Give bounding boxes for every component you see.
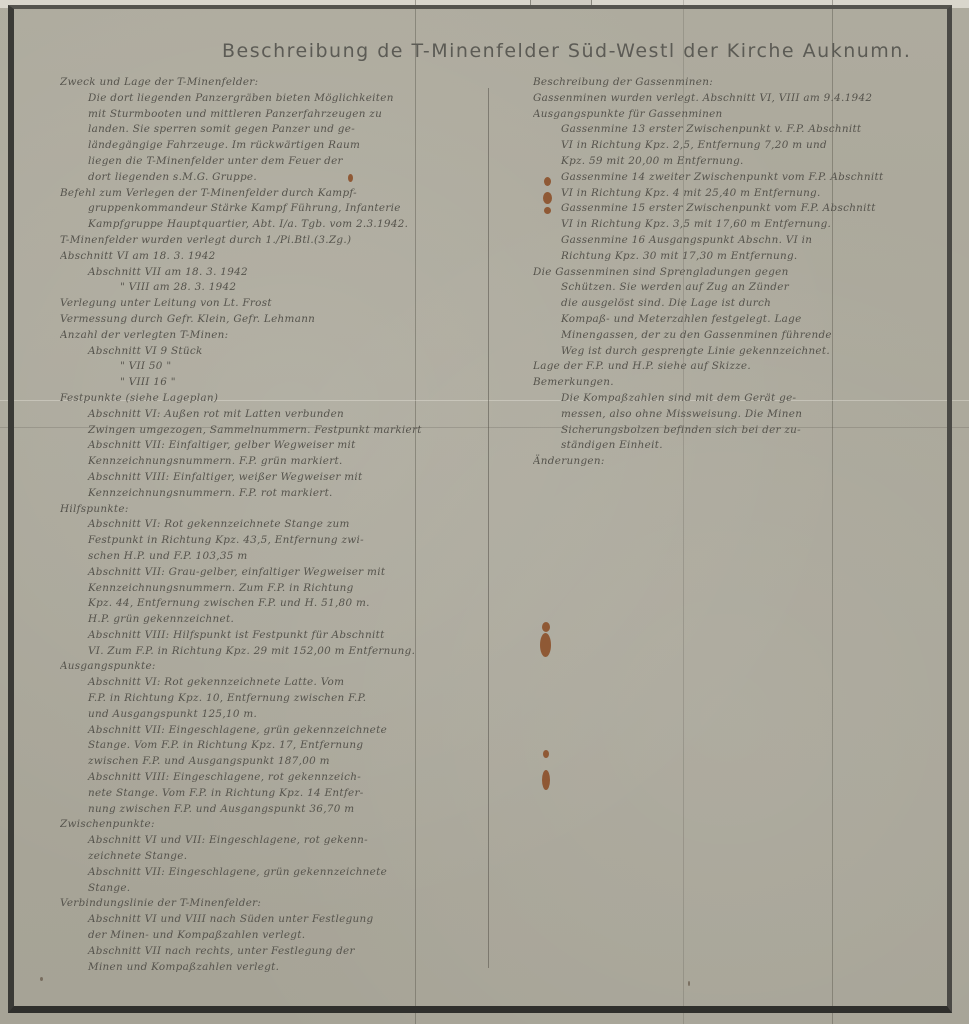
text-line: ständigen Einheit. bbox=[533, 438, 943, 454]
text-line: der Minen- und Kompaßzahlen verlegt. bbox=[60, 928, 480, 944]
text-line: VI in Richtung Kpz. 3,5 mit 17,60 m Entf… bbox=[533, 217, 943, 233]
text-line: Abschnitt VI: Rot gekennzeichnete Latte.… bbox=[60, 675, 480, 691]
text-line: H.P. grün gekennzeichnet. bbox=[60, 612, 480, 628]
text-line: Minen und Kompaßzahlen verlegt. bbox=[60, 960, 480, 976]
paper-speck bbox=[40, 977, 43, 981]
text-line: Schützen. Sie werden auf Zug an Zünder bbox=[533, 280, 943, 296]
text-line: Lage der F.P. und H.P. siehe auf Skizze. bbox=[533, 359, 943, 375]
text-line: Abschnitt VI 9 Stück bbox=[60, 344, 480, 360]
text-line: gruppenkommandeur Stärke Kampf Führung, … bbox=[60, 201, 480, 217]
rust-stain bbox=[544, 177, 551, 186]
text-line: Abschnitt VII nach rechts, unter Festleg… bbox=[60, 944, 480, 960]
text-line: Hilfspunkte: bbox=[60, 502, 480, 518]
text-line: Beschreibung der Gassenminen: bbox=[533, 75, 943, 91]
text-line: Abschnitt VII: Eingeschlagene, grün geke… bbox=[60, 865, 480, 881]
text-line: Zwingen umgezogen, Sammelnummern. Festpu… bbox=[60, 423, 480, 439]
rust-stain bbox=[348, 174, 353, 182]
text-line: zwischen F.P. und Ausgangspunkt 187,00 m bbox=[60, 754, 480, 770]
text-line: ländegängige Fahrzeuge. Im rückwärtigen … bbox=[60, 138, 480, 154]
text-line: Befehl zum Verlegen der T-Minenfelder du… bbox=[60, 186, 480, 202]
text-line: nung zwischen F.P. und Ausgangspunkt 36,… bbox=[60, 802, 480, 818]
text-line: Ausgangspunkte für Gassenminen bbox=[533, 107, 943, 123]
text-line: Kennzeichnungsnummern. F.P. grün markier… bbox=[60, 454, 480, 470]
text-line: messen, also ohne Missweisung. Die Minen bbox=[533, 407, 943, 423]
text-line: Vermessung durch Gefr. Klein, Gefr. Lehm… bbox=[60, 312, 480, 328]
text-line: Kennzeichnungsnummern. Zum F.P. in Richt… bbox=[60, 581, 480, 597]
text-line: Zweck und Lage der T-Minenfelder: bbox=[60, 75, 480, 91]
text-line: Kennzeichnungsnummern. F.P. rot markiert… bbox=[60, 486, 480, 502]
text-line: schen H.P. und F.P. 103,35 m bbox=[60, 549, 480, 565]
text-line: Abschnitt VII: Einfaltiger, gelber Wegwe… bbox=[60, 438, 480, 454]
text-line: Richtung Kpz. 30 mit 17,30 m Entfernung. bbox=[533, 249, 943, 265]
text-line: Gassenmine 16 Ausgangspunkt Abschn. VI i… bbox=[533, 233, 943, 249]
text-line: Gassenminen wurden verlegt. Abschnitt VI… bbox=[533, 91, 943, 107]
text-line: zeichnete Stange. bbox=[60, 849, 480, 865]
text-line: Stange. Vom F.P. in Richtung Kpz. 17, En… bbox=[60, 738, 480, 754]
text-line: Änderungen: bbox=[533, 454, 943, 470]
text-line: Abschnitt VIII: Einfaltiger, weißer Wegw… bbox=[60, 470, 480, 486]
text-line: F.P. in Richtung Kpz. 10, Entfernung zwi… bbox=[60, 691, 480, 707]
text-line: Kpz. 59 mit 20,00 m Entfernung. bbox=[533, 154, 943, 170]
text-line: Abschnitt VI: Rot gekennzeichnete Stange… bbox=[60, 517, 480, 533]
text-line: Die Gassenminen sind Sprengladungen gege… bbox=[533, 265, 943, 281]
rust-stain bbox=[542, 622, 550, 632]
text-line: mit Sturmbooten und mittleren Panzerfahr… bbox=[60, 107, 480, 123]
rust-stain bbox=[543, 192, 552, 204]
text-line: nete Stange. Vom F.P. in Richtung Kpz. 1… bbox=[60, 786, 480, 802]
text-line: Verbindungslinie der T-Minenfelder: bbox=[60, 896, 480, 912]
text-line: Kompaß- und Meterzahlen festgelegt. Lage bbox=[533, 312, 943, 328]
text-line: Weg ist durch gesprengte Linie gekennzei… bbox=[533, 344, 943, 360]
text-line: Gassenmine 15 erster Zwischenpunkt vom F… bbox=[533, 201, 943, 217]
document-title: Beschreibung de T-Minenfelder Süd-Westl … bbox=[222, 40, 922, 62]
text-line: Anzahl der verlegten T-Minen: bbox=[60, 328, 480, 344]
text-line: Abschnitt VI und VII: Eingeschlagene, ro… bbox=[60, 833, 480, 849]
text-line: Abschnitt VII: Grau-gelber, einfaltiger … bbox=[60, 565, 480, 581]
text-line: und Ausgangspunkt 125,10 m. bbox=[60, 707, 480, 723]
text-line: Zwischenpunkte: bbox=[60, 817, 480, 833]
text-line: Abschnitt VII: Eingeschlagene, grün geke… bbox=[60, 723, 480, 739]
text-line: " VIII 16 " bbox=[60, 375, 480, 391]
text-line: Abschnitt VIII: Eingeschlagene, rot geke… bbox=[60, 770, 480, 786]
text-line: " VII 50 " bbox=[60, 359, 480, 375]
right-column-text: Beschreibung der Gassenminen:Gassenminen… bbox=[533, 75, 943, 470]
text-line: Kampfgruppe Hauptquartier, Abt. I/a. Tgb… bbox=[60, 217, 480, 233]
text-line: Die dort liegenden Panzergräben bieten M… bbox=[60, 91, 480, 107]
text-line: liegen die T-Minenfelder unter dem Feuer… bbox=[60, 154, 480, 170]
text-line: Abschnitt VIII: Hilfspunkt ist Festpunkt… bbox=[60, 628, 480, 644]
text-line: Bemerkungen. bbox=[533, 375, 943, 391]
text-line: Stange. bbox=[60, 881, 480, 897]
rust-stain bbox=[543, 750, 549, 758]
text-line: landen. Sie sperren somit gegen Panzer u… bbox=[60, 122, 480, 138]
text-line: Kpz. 44, Entfernung zwischen F.P. und H.… bbox=[60, 596, 480, 612]
text-line: die ausgelöst sind. Die Lage ist durch bbox=[533, 296, 943, 312]
text-line: VI in Richtung Kpz. 2,5, Entfernung 7,20… bbox=[533, 138, 943, 154]
text-line: T-Minenfelder wurden verlegt durch 1./Pi… bbox=[60, 233, 480, 249]
rust-stain bbox=[542, 770, 550, 790]
text-line: Abschnitt VI und VIII nach Süden unter F… bbox=[60, 912, 480, 928]
text-line: VI in Richtung Kpz. 4 mit 25,40 m Entfer… bbox=[533, 186, 943, 202]
text-line: Minengassen, der zu den Gassenminen führ… bbox=[533, 328, 943, 344]
text-line: Abschnitt VI: Außen rot mit Latten verbu… bbox=[60, 407, 480, 423]
text-line: Festpunkt in Richtung Kpz. 43,5, Entfern… bbox=[60, 533, 480, 549]
text-line: dort liegenden s.M.G. Gruppe. bbox=[60, 170, 480, 186]
paper-speck bbox=[688, 981, 690, 986]
text-line: Festpunkte (siehe Lageplan) bbox=[60, 391, 480, 407]
rust-stain bbox=[544, 207, 551, 214]
left-column-text: Zweck und Lage der T-Minenfelder:Die dor… bbox=[60, 75, 480, 975]
text-line: Abschnitt VII am 18. 3. 1942 bbox=[60, 265, 480, 281]
text-line: Die Kompaßzahlen sind mit dem Gerät ge- bbox=[533, 391, 943, 407]
text-line: VI. Zum F.P. in Richtung Kpz. 29 mit 152… bbox=[60, 644, 480, 660]
text-line: Sicherungsbolzen befinden sich bei der z… bbox=[533, 423, 943, 439]
rust-stain bbox=[540, 633, 551, 657]
text-line: Gassenmine 14 zweiter Zwischenpunkt vom … bbox=[533, 170, 943, 186]
text-line: " VIII am 28. 3. 1942 bbox=[60, 280, 480, 296]
text-line: Gassenmine 13 erster Zwischenpunkt v. F.… bbox=[533, 122, 943, 138]
text-line: Abschnitt VI am 18. 3. 1942 bbox=[60, 249, 480, 265]
text-line: Verlegung unter Leitung von Lt. Frost bbox=[60, 296, 480, 312]
text-line: Ausgangspunkte: bbox=[60, 659, 480, 675]
